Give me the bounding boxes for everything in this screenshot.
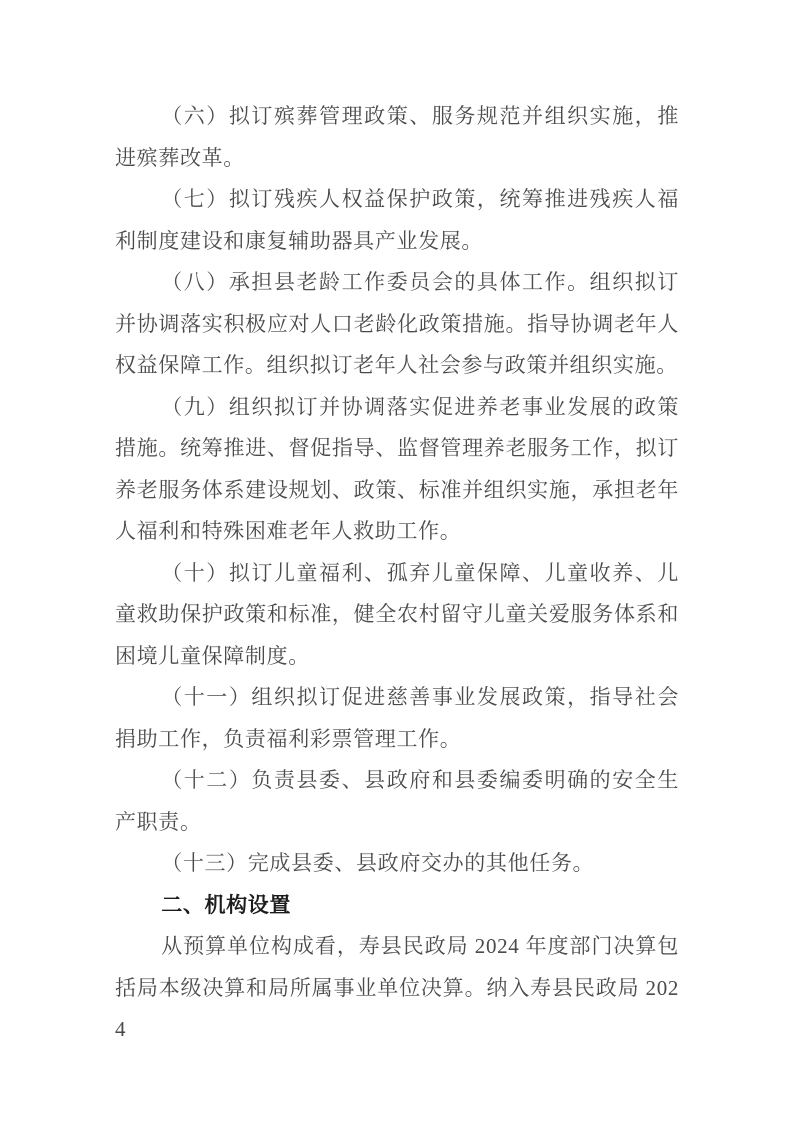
paragraph-org-setup-intro: 从预算单位构成看，寿县民政局 2024 年度部门决算包括局本级决算和局所属事业单…: [115, 926, 679, 1051]
paragraph-duty-8: （八）承担县老龄工作委员会的具体工作。组织拟订并协调落实积极应对人口老龄化政策措…: [115, 262, 679, 387]
section-heading-org-setup: 二、机构设置: [115, 885, 679, 927]
paragraph-duty-13: （十三）完成县委、县政府交办的其他任务。: [115, 843, 679, 885]
paragraph-duty-9: （九）组织拟订并协调落实促进养老事业发展的政策措施。统筹推进、督促指导、监督管理…: [115, 387, 679, 553]
paragraph-duty-6: （六）拟订殡葬管理政策、服务规范并组织实施，推进殡葬改革。: [115, 96, 679, 179]
document-text-block: （六）拟订殡葬管理政策、服务规范并组织实施，推进殡葬改革。 （七）拟订残疾人权益…: [115, 96, 679, 1051]
paragraph-duty-10: （十）拟订儿童福利、孤弃儿童保障、儿童收养、儿童救助保护政策和标准，健全农村留守…: [115, 553, 679, 678]
document-page: （六）拟订殡葬管理政策、服务规范并组织实施，推进殡葬改革。 （七）拟订残疾人权益…: [0, 0, 793, 1122]
paragraph-duty-7: （七）拟订残疾人权益保护政策，统筹推进残疾人福利制度建设和康复辅助器具产业发展。: [115, 179, 679, 262]
paragraph-duty-12: （十二）负责县委、县政府和县委编委明确的安全生产职责。: [115, 760, 679, 843]
paragraph-duty-11: （十一）组织拟订促进慈善事业发展政策，指导社会捐助工作，负责福利彩票管理工作。: [115, 677, 679, 760]
